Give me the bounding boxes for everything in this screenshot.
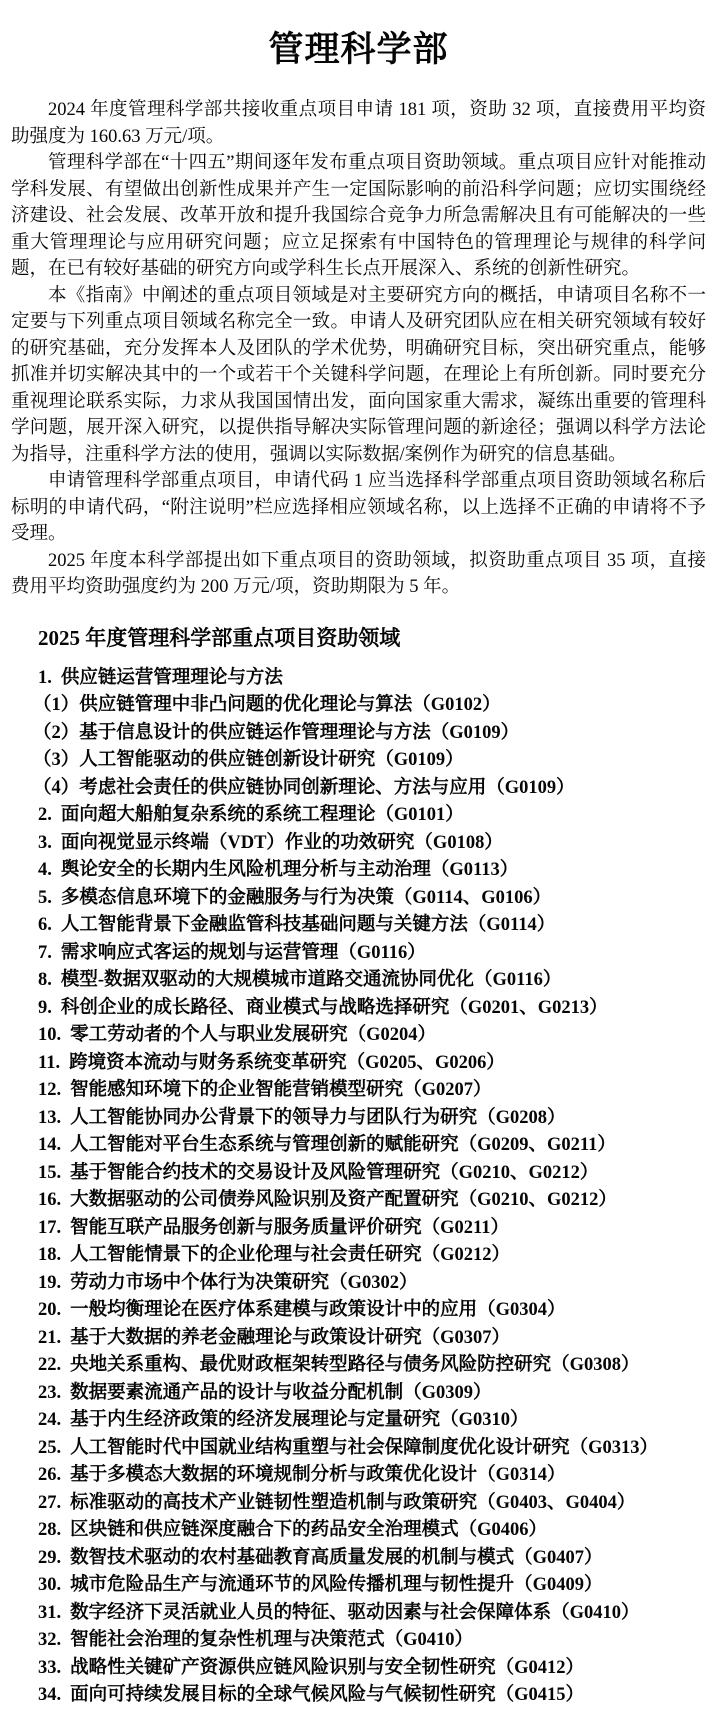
item-number: 4. [38, 857, 52, 885]
item-text: 多模态信息环境下的金融服务与行为决策（G0114、G0106） [61, 888, 551, 908]
item-number: 15. [38, 1160, 61, 1188]
item-number: 26. [38, 1462, 61, 1490]
item-number: 34. [38, 1682, 61, 1710]
item-number: 3. [38, 830, 52, 858]
item-number: （1） [33, 692, 79, 720]
item-number: 2. [38, 802, 52, 830]
item-text: 基于智能合约技术的交易设计及风险管理研究（G0210、G0212） [70, 1163, 598, 1183]
item-number: 31. [38, 1600, 61, 1628]
item-number: 20. [38, 1297, 61, 1325]
item-text: 人工智能背景下金融监管科技基础问题与关键方法（G0114） [61, 915, 555, 935]
item-text: 人工智能驱动的供应链创新设计研究（G0109） [79, 750, 463, 770]
focus-area-item: 22.央地关系重构、最优财政框架转型路径与债务风险防控研究（G0308） [38, 1352, 706, 1380]
item-text: 战略性关键矿产资源供应链风险识别与安全韧性研究（G0412） [70, 1658, 584, 1678]
focus-area-item: 27.标准驱动的高技术产业链韧性塑造机制与政策研究（G0403、G0404） [38, 1490, 706, 1518]
item-text: 面向视觉显示终端（VDT）作业的功效研究（G0108） [61, 833, 503, 853]
item-text: 智能互联产品服务创新与服务质量评价研究（G0211） [70, 1218, 509, 1238]
focus-area-item: 14.人工智能对平台生态系统与管理创新的赋能研究（G0209、G0211） [38, 1132, 706, 1160]
item-text: 人工智能时代中国就业结构重塑与社会保障制度优化设计研究（G0313） [70, 1438, 658, 1458]
focus-area-item: 18.人工智能情景下的企业伦理与社会责任研究（G0212） [38, 1242, 706, 1270]
item-text: 跨境资本流动与财务系统变革研究（G0205、G0206） [69, 1053, 505, 1073]
focus-area-item: 12.智能感知环境下的企业智能营销模型研究（G0207） [38, 1077, 706, 1105]
item-number: 32. [38, 1627, 61, 1655]
item-text: 基于内生经济政策的经济发展理论与定量研究（G0310） [70, 1410, 528, 1430]
focus-area-item: 2.面向超大船舶复杂系统的系统工程理论（G0101） [38, 802, 706, 830]
item-text: 智能感知环境下的企业智能营销模型研究（G0207） [70, 1080, 491, 1100]
focus-area-item: 8.模型-数据双驱动的大规模城市道路交通流协同优化（G0116） [38, 967, 706, 995]
focus-area-item: 25.人工智能时代中国就业结构重塑与社会保障制度优化设计研究（G0313） [38, 1435, 706, 1463]
focus-area-item: 17.智能互联产品服务创新与服务质量评价研究（G0211） [38, 1215, 706, 1243]
item-number: 27. [38, 1490, 61, 1518]
item-number: 8. [38, 967, 52, 995]
focus-area-item: 3.面向视觉显示终端（VDT）作业的功效研究（G0108） [38, 830, 706, 858]
item-number: 11. [38, 1050, 60, 1078]
item-text: 基于多模态大数据的环境规制分析与政策优化设计（G0314） [70, 1465, 565, 1485]
item-text: 城市危险品生产与流通环节的风险传播机理与韧性提升（G0409） [70, 1575, 602, 1595]
item-number: 23. [38, 1380, 61, 1408]
focus-area-item: 15.基于智能合约技术的交易设计及风险管理研究（G0210、G0212） [38, 1160, 706, 1188]
item-text: 区块链和供应链深度融合下的药品安全治理模式（G0406） [70, 1520, 547, 1540]
focus-area-item: 19.劳动力市场中个体行为决策研究（G0302） [38, 1270, 706, 1298]
focus-area-item: 30.城市危险品生产与流通环节的风险传播机理与韧性提升（G0409） [38, 1572, 706, 1600]
focus-area-item: 7.需求响应式客运的规划与运营管理（G0116） [38, 940, 706, 968]
item-text: 供应链管理中非凸问题的优化理论与算法（G0102） [79, 695, 500, 715]
item-number: 13. [38, 1105, 61, 1133]
focus-area-item: 31.数字经济下灵活就业人员的特征、驱动因素与社会保障体系（G0410） [38, 1600, 706, 1628]
item-number: 7. [38, 940, 52, 968]
item-text: 基于信息设计的供应链运作管理理论与方法（G0109） [79, 723, 519, 743]
item-text: 零工劳动者的个人与职业发展研究（G0204） [70, 1025, 436, 1045]
item-text: 人工智能情景下的企业伦理与社会责任研究（G0212） [70, 1245, 510, 1265]
focus-area-item: 24.基于内生经济政策的经济发展理论与定量研究（G0310） [38, 1407, 706, 1435]
item-number: 1. [38, 665, 52, 693]
item-text: 面向可持续发展目标的全球气候风险与气候韧性研究（G0415） [70, 1685, 584, 1705]
item-number: 18. [38, 1242, 61, 1270]
item-text: 数字经济下灵活就业人员的特征、驱动因素与社会保障体系（G0410） [70, 1603, 639, 1623]
item-text: 供应链运营管理理论与方法 [61, 668, 283, 688]
item-text: 考虑社会责任的供应链协同创新理论、方法与应用（G0109） [79, 778, 574, 798]
item-text: 数智技术驱动的农村基础教育高质量发展的机制与模式（G0407） [70, 1548, 602, 1568]
item-number: 25. [38, 1435, 61, 1463]
focus-area-item: 10.零工劳动者的个人与职业发展研究（G0204） [38, 1022, 706, 1050]
focus-area-item: 11.跨境资本流动与财务系统变革研究（G0205、G0206） [38, 1050, 706, 1078]
item-number: 28. [38, 1517, 61, 1545]
item-number: 6. [38, 912, 52, 940]
item-number: 33. [38, 1655, 61, 1683]
focus-area-item: 9.科创企业的成长路径、商业模式与战略选择研究（G0201、G0213） [38, 995, 706, 1023]
item-text: 数据要素流通产品的设计与收益分配机制（G0309） [70, 1383, 491, 1403]
item-number: 29. [38, 1545, 61, 1573]
focus-area-item: 32.智能社会治理的复杂性机理与决策范式（G0410） [38, 1627, 706, 1655]
item-number: 19. [38, 1270, 61, 1298]
paragraph: 2025 年度本科学部提出如下重点项目的资助领域，拟资助重点项目 35 项，直接… [11, 548, 706, 601]
item-number: 22. [38, 1352, 61, 1380]
focus-area-item: 29.数智技术驱动的农村基础教育高质量发展的机制与模式（G0407） [38, 1545, 706, 1573]
item-number: 14. [38, 1132, 61, 1160]
item-text: 舆论安全的长期内生风险机理分析与主动治理（G0113） [61, 860, 518, 880]
item-text: 模型-数据双驱动的大规模城市道路交通流协同优化（G0116） [61, 970, 562, 990]
item-number: （3） [33, 747, 79, 775]
item-text: 一般均衡理论在医疗体系建模与政策设计中的应用（G0304） [70, 1300, 565, 1320]
focus-area-list: 1.供应链运营管理理论与方法（1）供应链管理中非凸问题的优化理论与算法（G010… [38, 665, 706, 1710]
item-text: 基于大数据的养老金融理论与政策设计研究（G0307） [70, 1328, 510, 1348]
item-text: 央地关系重构、最优财政框架转型路径与债务风险防控研究（G0308） [70, 1355, 639, 1375]
item-number: 24. [38, 1407, 61, 1435]
focus-area-item: 21.基于大数据的养老金融理论与政策设计研究（G0307） [38, 1325, 706, 1353]
focus-area-subitem: （1）供应链管理中非凸问题的优化理论与算法（G0102） [33, 692, 706, 720]
focus-area-item: 6.人工智能背景下金融监管科技基础问题与关键方法（G0114） [38, 912, 706, 940]
focus-area-item: 13.人工智能协同办公背景下的领导力与团队行为研究（G0208） [38, 1105, 706, 1133]
item-number: 17. [38, 1215, 61, 1243]
item-number: 30. [38, 1572, 61, 1600]
item-text: 人工智能协同办公背景下的领导力与团队行为研究（G0208） [70, 1108, 565, 1128]
paragraph: 管理科学部在“十四五”期间逐年发布重点项目资助领域。重点项目应针对能推动学科发展… [11, 150, 706, 283]
item-text: 科创企业的成长路径、商业模式与战略选择研究（G0201、G0213） [61, 998, 608, 1018]
focus-area-subitem: （3）人工智能驱动的供应链创新设计研究（G0109） [33, 747, 706, 775]
item-number: 12. [38, 1077, 61, 1105]
focus-area-item: 23.数据要素流通产品的设计与收益分配机制（G0309） [38, 1380, 706, 1408]
item-number: （2） [33, 720, 79, 748]
item-number: 9. [38, 995, 52, 1023]
focus-area-subitem: （2）基于信息设计的供应链运作管理理论与方法（G0109） [33, 720, 706, 748]
paragraph: 本《指南》中阐述的重点项目领域是对主要研究方向的概括，申请项目名称不一定要与下列… [11, 283, 706, 469]
item-number: 5. [38, 885, 52, 913]
item-text: 智能社会治理的复杂性机理与决策范式（G0410） [70, 1630, 473, 1650]
document-page: 管理科学部 2024 年度管理科学部共接收重点项目申请 181 项，资助 32 … [0, 0, 720, 1720]
focus-area-item: 34.面向可持续发展目标的全球气候风险与气候韧性研究（G0415） [38, 1682, 706, 1710]
focus-area-item: 20.一般均衡理论在医疗体系建模与政策设计中的应用（G0304） [38, 1297, 706, 1325]
item-text: 人工智能对平台生态系统与管理创新的赋能研究（G0209、G0211） [70, 1135, 616, 1155]
item-number: 16. [38, 1187, 61, 1215]
focus-area-item: 1.供应链运营管理理论与方法 [38, 665, 706, 693]
focus-area-subitem: （4）考虑社会责任的供应链协同创新理论、方法与应用（G0109） [33, 775, 706, 803]
paragraph: 2024 年度管理科学部共接收重点项目申请 181 项，资助 32 项，直接费用… [11, 97, 706, 150]
focus-area-item: 28.区块链和供应链深度融合下的药品安全治理模式（G0406） [38, 1517, 706, 1545]
intro-paragraphs: 2024 年度管理科学部共接收重点项目申请 181 项，资助 32 项，直接费用… [11, 97, 706, 601]
item-text: 大数据驱动的公司债券风险识别及资产配置研究（G0210、G0212） [70, 1190, 617, 1210]
item-text: 面向超大船舶复杂系统的系统工程理论（G0101） [61, 805, 464, 825]
page-title: 管理科学部 [11, 30, 706, 70]
item-number: （4） [33, 775, 79, 803]
item-text: 劳动力市场中个体行为决策研究（G0302） [70, 1273, 417, 1293]
focus-area-item: 16.大数据驱动的公司债券风险识别及资产配置研究（G0210、G0212） [38, 1187, 706, 1215]
focus-area-item: 33.战略性关键矿产资源供应链风险识别与安全韧性研究（G0412） [38, 1655, 706, 1683]
focus-area-item: 5.多模态信息环境下的金融服务与行为决策（G0114、G0106） [38, 885, 706, 913]
section-heading: 2025 年度管理科学部重点项目资助领域 [38, 624, 706, 652]
item-text: 需求响应式客运的规划与运营管理（G0116） [61, 943, 426, 963]
item-number: 21. [38, 1325, 61, 1353]
paragraph: 申请管理科学部重点项目，申请代码 1 应当选择科学部重点项目资助领域名称后标明的… [11, 468, 706, 548]
item-number: 10. [38, 1022, 61, 1050]
focus-area-item: 4.舆论安全的长期内生风险机理分析与主动治理（G0113） [38, 857, 706, 885]
item-text: 标准驱动的高技术产业链韧性塑造机制与政策研究（G0403、G0404） [70, 1493, 635, 1513]
focus-area-item: 26.基于多模态大数据的环境规制分析与政策优化设计（G0314） [38, 1462, 706, 1490]
